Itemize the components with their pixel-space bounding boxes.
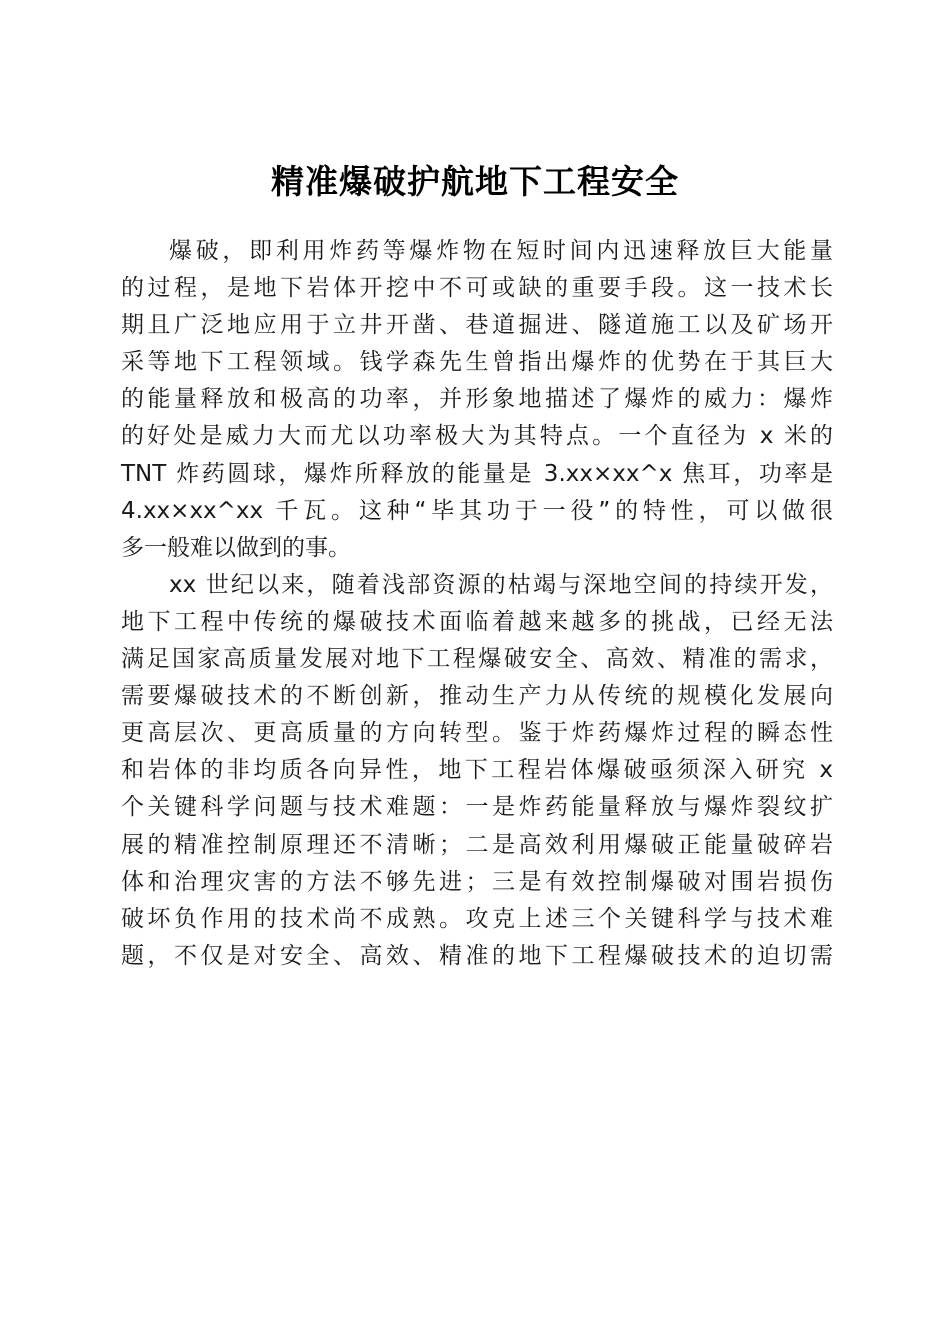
paragraph-line: 需要爆破技术的不断创新，推动生产力从传统的规模化发展向	[121, 678, 833, 715]
paragraph-line: 体和治理灾害的方法不够先进；三是有效控制爆破对围岩损伤	[121, 864, 833, 901]
paragraph-line: 多一般难以做到的事。	[121, 530, 833, 567]
paragraph-1: 爆破，即利用炸药等爆炸物在短时间内迅速释放巨大能量 的过程，是地下岩体开挖中不可…	[121, 233, 833, 567]
paragraph-line: 采等地下工程领域。钱学森先生曾指出爆炸的优势在于其巨大	[121, 344, 833, 381]
paragraph-line: 4.xx×xx^xx 千瓦。这种“毕其功于一役”的特性，可以做很	[121, 493, 833, 530]
paragraph-line: 破坏负作用的技术尚不成熟。攻克上述三个关键科学与技术难	[121, 901, 833, 938]
paragraph-line: 期且广泛地应用于立井开凿、巷道掘进、隧道施工以及矿场开	[121, 307, 833, 344]
paragraph-line: 地下工程中传统的爆破技术面临着越来越多的挑战，已经无法	[121, 604, 833, 641]
paragraph-line: 的能量释放和极高的功率，并形象地描述了爆炸的威力：爆炸	[121, 381, 833, 418]
paragraph-line: TNT 炸药圆球，爆炸所释放的能量是 3.xx×xx^x 焦耳，功率是	[121, 456, 833, 493]
paragraph-line: 个关键科学问题与技术难题：一是炸药能量释放与爆炸裂纹扩	[121, 789, 833, 826]
paragraph-line: 满足国家高质量发展对地下工程爆破安全、高效、精准的需求，	[121, 641, 833, 678]
paragraph-line: 和岩体的非均质各向异性，地下工程岩体爆破亟须深入研究 x	[121, 752, 833, 789]
paragraph-line: 爆破，即利用炸药等爆炸物在短时间内迅速释放巨大能量	[121, 233, 833, 270]
document-title: 精准爆破护航地下工程安全	[0, 160, 950, 204]
paragraph-line: 的过程，是地下岩体开挖中不可或缺的重要手段。这一技术长	[121, 270, 833, 307]
paragraph-line: 更高层次、更高质量的方向转型。鉴于炸药爆炸过程的瞬态性	[121, 715, 833, 752]
paragraph-line: xx 世纪以来，随着浅部资源的枯竭与深地空间的持续开发，	[121, 567, 833, 604]
document-body: 爆破，即利用炸药等爆炸物在短时间内迅速释放巨大能量 的过程，是地下岩体开挖中不可…	[121, 233, 833, 975]
paragraph-line: 的好处是威力大而尤以功率极大为其特点。一个直径为 x 米的	[121, 418, 833, 455]
paragraph-2: xx 世纪以来，随着浅部资源的枯竭与深地空间的持续开发， 地下工程中传统的爆破技…	[121, 567, 833, 975]
paragraph-line: 展的精准控制原理还不清晰；二是高效利用爆破正能量破碎岩	[121, 827, 833, 864]
document-page: 精准爆破护航地下工程安全 爆破，即利用炸药等爆炸物在短时间内迅速释放巨大能量 的…	[0, 0, 950, 1344]
paragraph-line: 题，不仅是对安全、高效、精准的地下工程爆破技术的迫切需	[121, 938, 833, 975]
